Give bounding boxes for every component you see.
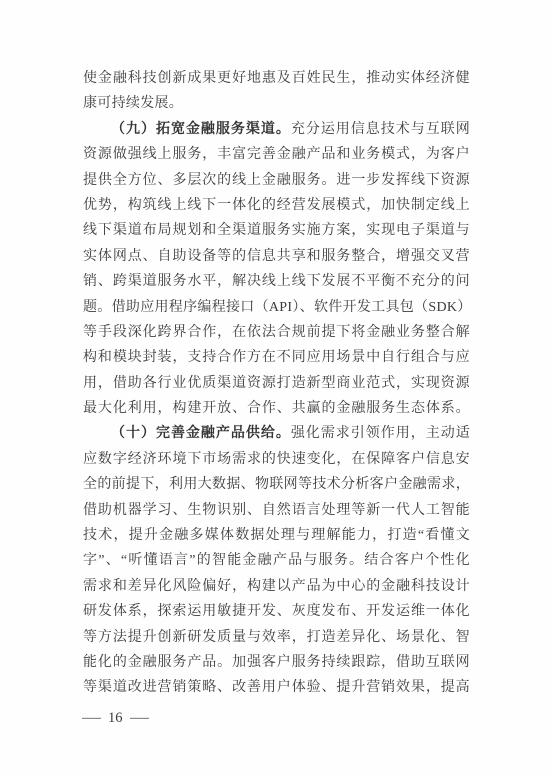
- text-line: 实体网点、自助设备等的信息共享和服务整合，增强交叉营: [83, 244, 470, 269]
- text-segment: 等渠道改进营销策略、改善用户体验、提升营销效果，提高: [83, 680, 470, 695]
- text-segment: 构和模块封装，支持合作方在不同应用场景中自行组合与应: [83, 350, 470, 365]
- text-line: 题。借助应用程序编程接口（API）、软件开发工具包（SDK）: [83, 295, 470, 320]
- text-line: 资源做强线上服务，丰富完善金融产品和业务模式，为客户: [83, 142, 470, 167]
- page-footer: —16—: [84, 707, 147, 729]
- text-segment: 等手段深化跨界合作，在依法合规前提下将金融业务整合解: [83, 325, 470, 340]
- text-line: 借助机器学习、生物识别、自然语言处理等新一代人工智能: [83, 498, 470, 523]
- text-segment: 研发体系，探索运用敏捷开发、灰度发布、开发运维一体化: [83, 604, 470, 619]
- text-segment: 借助机器学习、生物识别、自然语言处理等新一代人工智能: [83, 503, 470, 518]
- text-segment: 强化需求引领作用，主动适: [291, 426, 470, 441]
- text-line: （十）完善金融产品供给。强化需求引领作用，主动适: [83, 421, 470, 446]
- page-number: 16: [108, 707, 123, 729]
- text-segment: 充分运用信息技术与互联网: [291, 122, 470, 137]
- text-segment: 最大化利用，构建开放、合作、共赢的金融服务生态体系。: [83, 401, 470, 416]
- text-line: 提供全方位、多层次的线上金融服务。进一步发挥线下资源: [83, 168, 470, 193]
- text-segment: 线下渠道布局规划和全渠道服务实施方案，实现电子渠道与: [83, 223, 470, 238]
- text-line: 能化的金融服务产品。加强客户服务持续跟踪，借助互联网: [83, 650, 470, 675]
- text-line: 技术，提升金融多媒体数据处理与理解能力，打造“看懂文: [83, 523, 470, 548]
- text-segment: 康可持续发展。: [83, 96, 183, 111]
- text-line: 字”、“听懂语言”的智能金融产品与服务。结合客户个性化: [83, 548, 470, 573]
- text-segment: 用，借助各行业优质渠道资源打造新型商业范式，实现资源: [83, 376, 470, 391]
- text-segment: 技术，提升金融多媒体数据处理与理解能力，打造“看懂文: [83, 528, 470, 543]
- text-line: 需求和差异化风险偏好，构建以产品为中心的金融科技设计: [83, 574, 470, 599]
- text-segment: 实体网点、自助设备等的信息共享和服务整合，增强交叉营: [83, 249, 470, 264]
- text-line: 等方法提升创新研发质量与效率，打造差异化、场景化、智: [83, 625, 470, 650]
- text-segment: 资源做强线上服务，丰富完善金融产品和业务模式，为客户: [83, 147, 470, 162]
- document-page: 使金融科技创新成果更好地惠及百姓民生，推动实体经济健康可持续发展。（九）拓宽金融…: [0, 0, 550, 778]
- text-line: （九）拓宽金融服务渠道。充分运用信息技术与互联网: [83, 117, 470, 142]
- text-line: 等渠道改进营销策略、改善用户体验、提升营销效果，提高: [83, 675, 470, 700]
- footer-right-dash: —: [130, 707, 149, 729]
- text-line: 销、跨渠道服务水平，解决线上线下发展不平衡不充分的问: [83, 269, 470, 294]
- text-line: 最大化利用，构建开放、合作、共赢的金融服务生态体系。: [83, 396, 470, 421]
- text-segment: 能化的金融服务产品。加强客户服务持续跟踪，借助互联网: [83, 655, 470, 670]
- text-line: 构和模块封装，支持合作方在不同应用场景中自行组合与应: [83, 345, 470, 370]
- document-text-block: 使金融科技创新成果更好地惠及百姓民生，推动实体经济健康可持续发展。（九）拓宽金融…: [83, 66, 470, 701]
- text-line: 应数字经济环境下市场需求的快速变化，在保障客户信息安: [83, 447, 470, 472]
- text-segment: 需求和差异化风险偏好，构建以产品为中心的金融科技设计: [83, 579, 470, 594]
- text-line: 线下渠道布局规划和全渠道服务实施方案，实现电子渠道与: [83, 218, 470, 243]
- section-heading: （九）拓宽金融服务渠道。: [111, 122, 291, 137]
- text-line: 研发体系，探索运用敏捷开发、灰度发布、开发运维一体化: [83, 599, 470, 624]
- section-heading: （十）完善金融产品供给。: [111, 426, 291, 441]
- text-segment: 等方法提升创新研发质量与效率，打造差异化、场景化、智: [83, 630, 470, 645]
- text-segment: 使金融科技创新成果更好地惠及百姓民生，推动实体经济健: [83, 71, 470, 86]
- text-line: 使金融科技创新成果更好地惠及百姓民生，推动实体经济健: [83, 66, 470, 91]
- text-line: 用，借助各行业优质渠道资源打造新型商业范式，实现资源: [83, 371, 470, 396]
- text-segment: 销、跨渠道服务水平，解决线上线下发展不平衡不充分的问: [83, 274, 470, 289]
- text-line: 等手段深化跨界合作，在依法合规前提下将金融业务整合解: [83, 320, 470, 345]
- text-line: 全的前提下，利用大数据、物联网等技术分析客户金融需求，: [83, 472, 470, 497]
- text-line: 康可持续发展。: [83, 91, 470, 116]
- text-segment: 优势，构筑线上线下一体化的经营发展模式，加快制定线上: [83, 198, 470, 213]
- text-segment: 字”、“听懂语言”的智能金融产品与服务。结合客户个性化: [83, 553, 470, 568]
- footer-left-dash: —: [82, 707, 101, 729]
- text-line: 优势，构筑线上线下一体化的经营发展模式，加快制定线上: [83, 193, 470, 218]
- text-segment: 提供全方位、多层次的线上金融服务。进一步发挥线下资源: [83, 173, 470, 188]
- text-segment: 应数字经济环境下市场需求的快速变化，在保障客户信息安: [83, 452, 470, 467]
- text-segment: 题。借助应用程序编程接口（API）、软件开发工具包（SDK）: [83, 300, 472, 315]
- text-segment: 全的前提下，利用大数据、物联网等技术分析客户金融需求，: [83, 477, 470, 492]
